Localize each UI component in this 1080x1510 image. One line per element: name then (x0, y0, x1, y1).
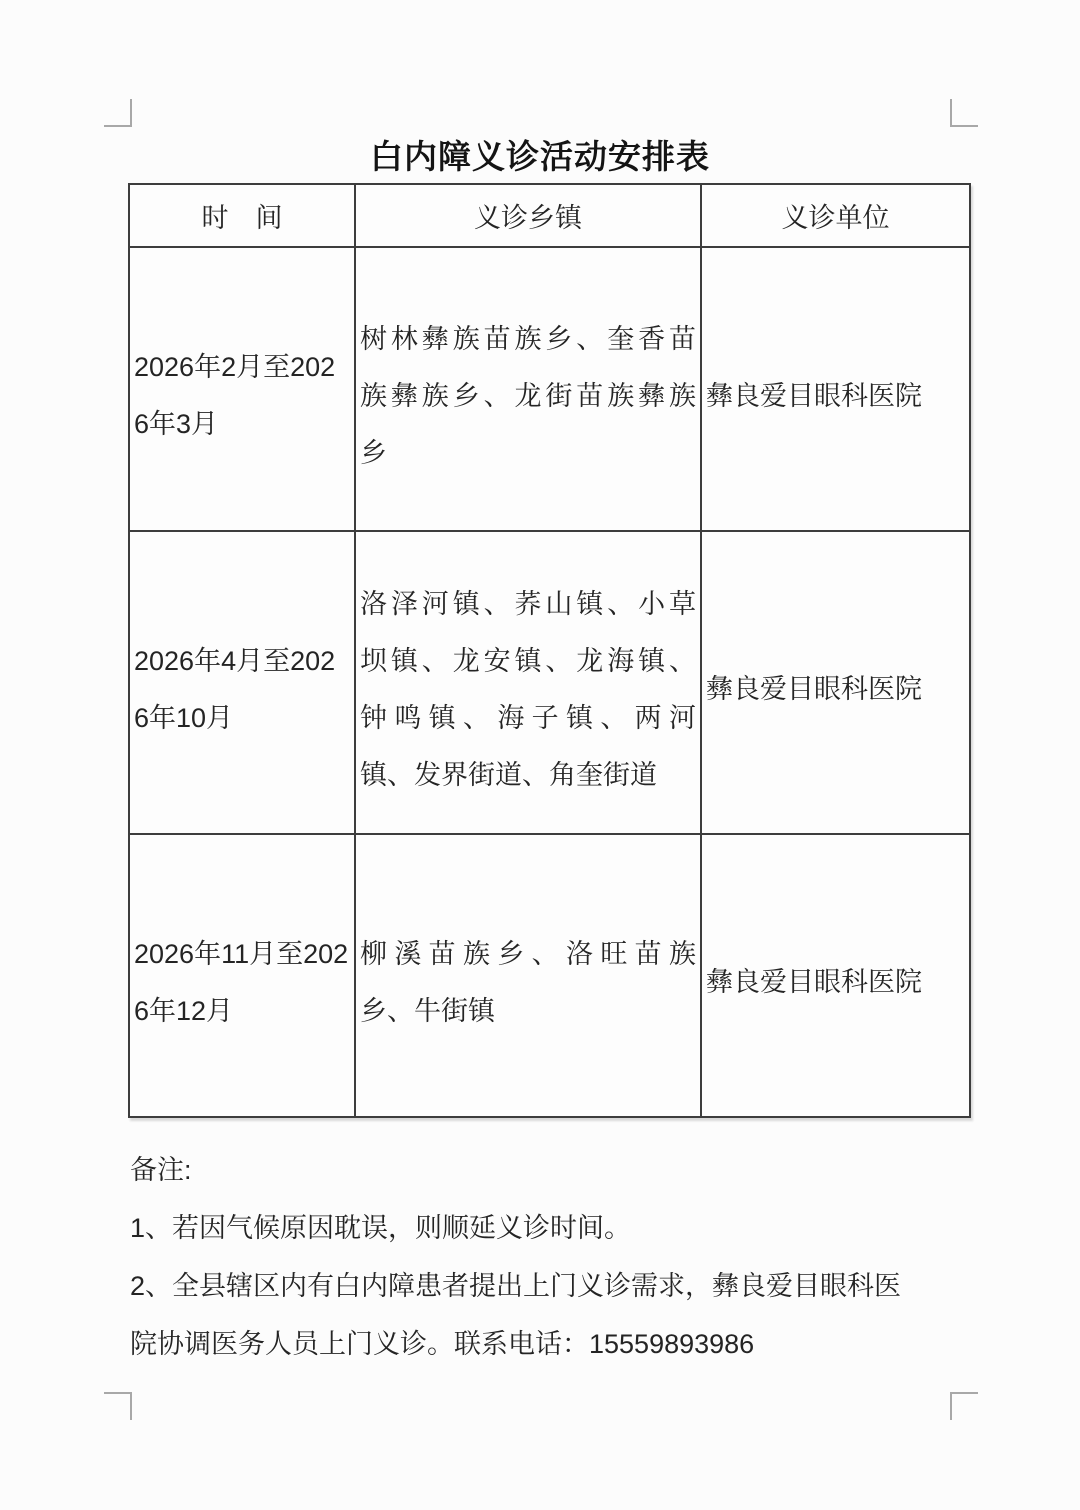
townships-cell-line: 柳溪苗族乡、洛旺苗族 (360, 926, 696, 983)
unit-cell: 彝良爱目眼科医院 (701, 834, 970, 1117)
time-cell: 2026年4月至2026年10月 (129, 531, 355, 834)
note-item-2: 2、全县辖区内有白内障患者提出上门义诊需求，彝良爱目眼科医 院协调医务人员上门义… (130, 1257, 972, 1373)
townships-cell-line: 树林彝族苗族乡、奎香苗 (360, 311, 696, 368)
document-title: 白内障义诊活动安排表 (0, 131, 1080, 178)
notes-label: 备注: (130, 1141, 972, 1199)
townships-cell: 柳溪苗族乡、洛旺苗族乡、牛街镇 (355, 834, 701, 1117)
unit-cell: 彝良爱目眼科医院 (701, 247, 970, 531)
header-unit: 义诊单位 (701, 184, 970, 247)
townships-cell-line: 族彝族乡、龙街苗族彝族 (360, 368, 696, 425)
note-item-1: 1、若因气候原因耽误，则顺延义诊时间。 (130, 1199, 972, 1257)
schedule-row: 2026年4月至2026年10月洛泽河镇、荞山镇、小草坝镇、龙安镇、龙海镇、钟鸣… (129, 531, 970, 834)
margin-corner-mark-bottom-left (104, 1392, 132, 1420)
unit-cell: 彝良爱目眼科医院 (701, 531, 970, 834)
townships-cell-line: 坝镇、龙安镇、龙海镇、 (360, 633, 696, 690)
time-cell: 2026年11月至2026年12月 (129, 834, 355, 1117)
header-townships: 义诊乡镇 (355, 184, 701, 247)
time-cell-line: 6年10月 (134, 690, 350, 747)
townships-cell-line: 乡 (360, 425, 696, 482)
margin-corner-mark-top-right (950, 99, 978, 127)
townships-cell-line: 洛泽河镇、荞山镇、小草 (360, 576, 696, 633)
townships-cell-line: 镇、发界街道、角奎街道 (360, 747, 696, 804)
schedule-row: 2026年2月至2026年3月树林彝族苗族乡、奎香苗族彝族乡、龙街苗族彝族乡彝良… (129, 247, 970, 531)
schedule-table: 时 间 义诊乡镇 义诊单位 2026年2月至2026年3月树林彝族苗族乡、奎香苗… (128, 183, 971, 1118)
time-cell-line: 6年12月 (134, 983, 350, 1040)
time-cell-line: 2026年4月至202 (134, 633, 350, 690)
schedule-table-body: 2026年2月至2026年3月树林彝族苗族乡、奎香苗族彝族乡、龙街苗族彝族乡彝良… (129, 247, 970, 1117)
margin-corner-mark-bottom-right (950, 1392, 978, 1420)
time-cell-line: 6年3月 (134, 396, 350, 453)
townships-cell-line: 乡、牛街镇 (360, 983, 696, 1040)
document-page: 白内障义诊活动安排表 时 间 义诊乡镇 义诊单位 2026年2月至2026年3月… (0, 0, 1080, 1510)
table-header-row: 时 间 义诊乡镇 义诊单位 (129, 184, 970, 247)
schedule-row: 2026年11月至2026年12月柳溪苗族乡、洛旺苗族乡、牛街镇彝良爱目眼科医院 (129, 834, 970, 1117)
time-cell-line: 2026年11月至202 (134, 926, 350, 983)
townships-cell: 树林彝族苗族乡、奎香苗族彝族乡、龙街苗族彝族乡 (355, 247, 701, 531)
header-time: 时 间 (129, 184, 355, 247)
townships-cell: 洛泽河镇、荞山镇、小草坝镇、龙安镇、龙海镇、钟鸣镇、海子镇、两河镇、发界街道、角… (355, 531, 701, 834)
notes-section: 备注: 1、若因气候原因耽误，则顺延义诊时间。 2、全县辖区内有白内障患者提出上… (130, 1141, 972, 1373)
margin-corner-mark-top-left (104, 99, 132, 127)
townships-cell-line: 钟鸣镇、海子镇、两河 (360, 690, 696, 747)
time-cell: 2026年2月至2026年3月 (129, 247, 355, 531)
time-cell-line: 2026年2月至202 (134, 339, 350, 396)
